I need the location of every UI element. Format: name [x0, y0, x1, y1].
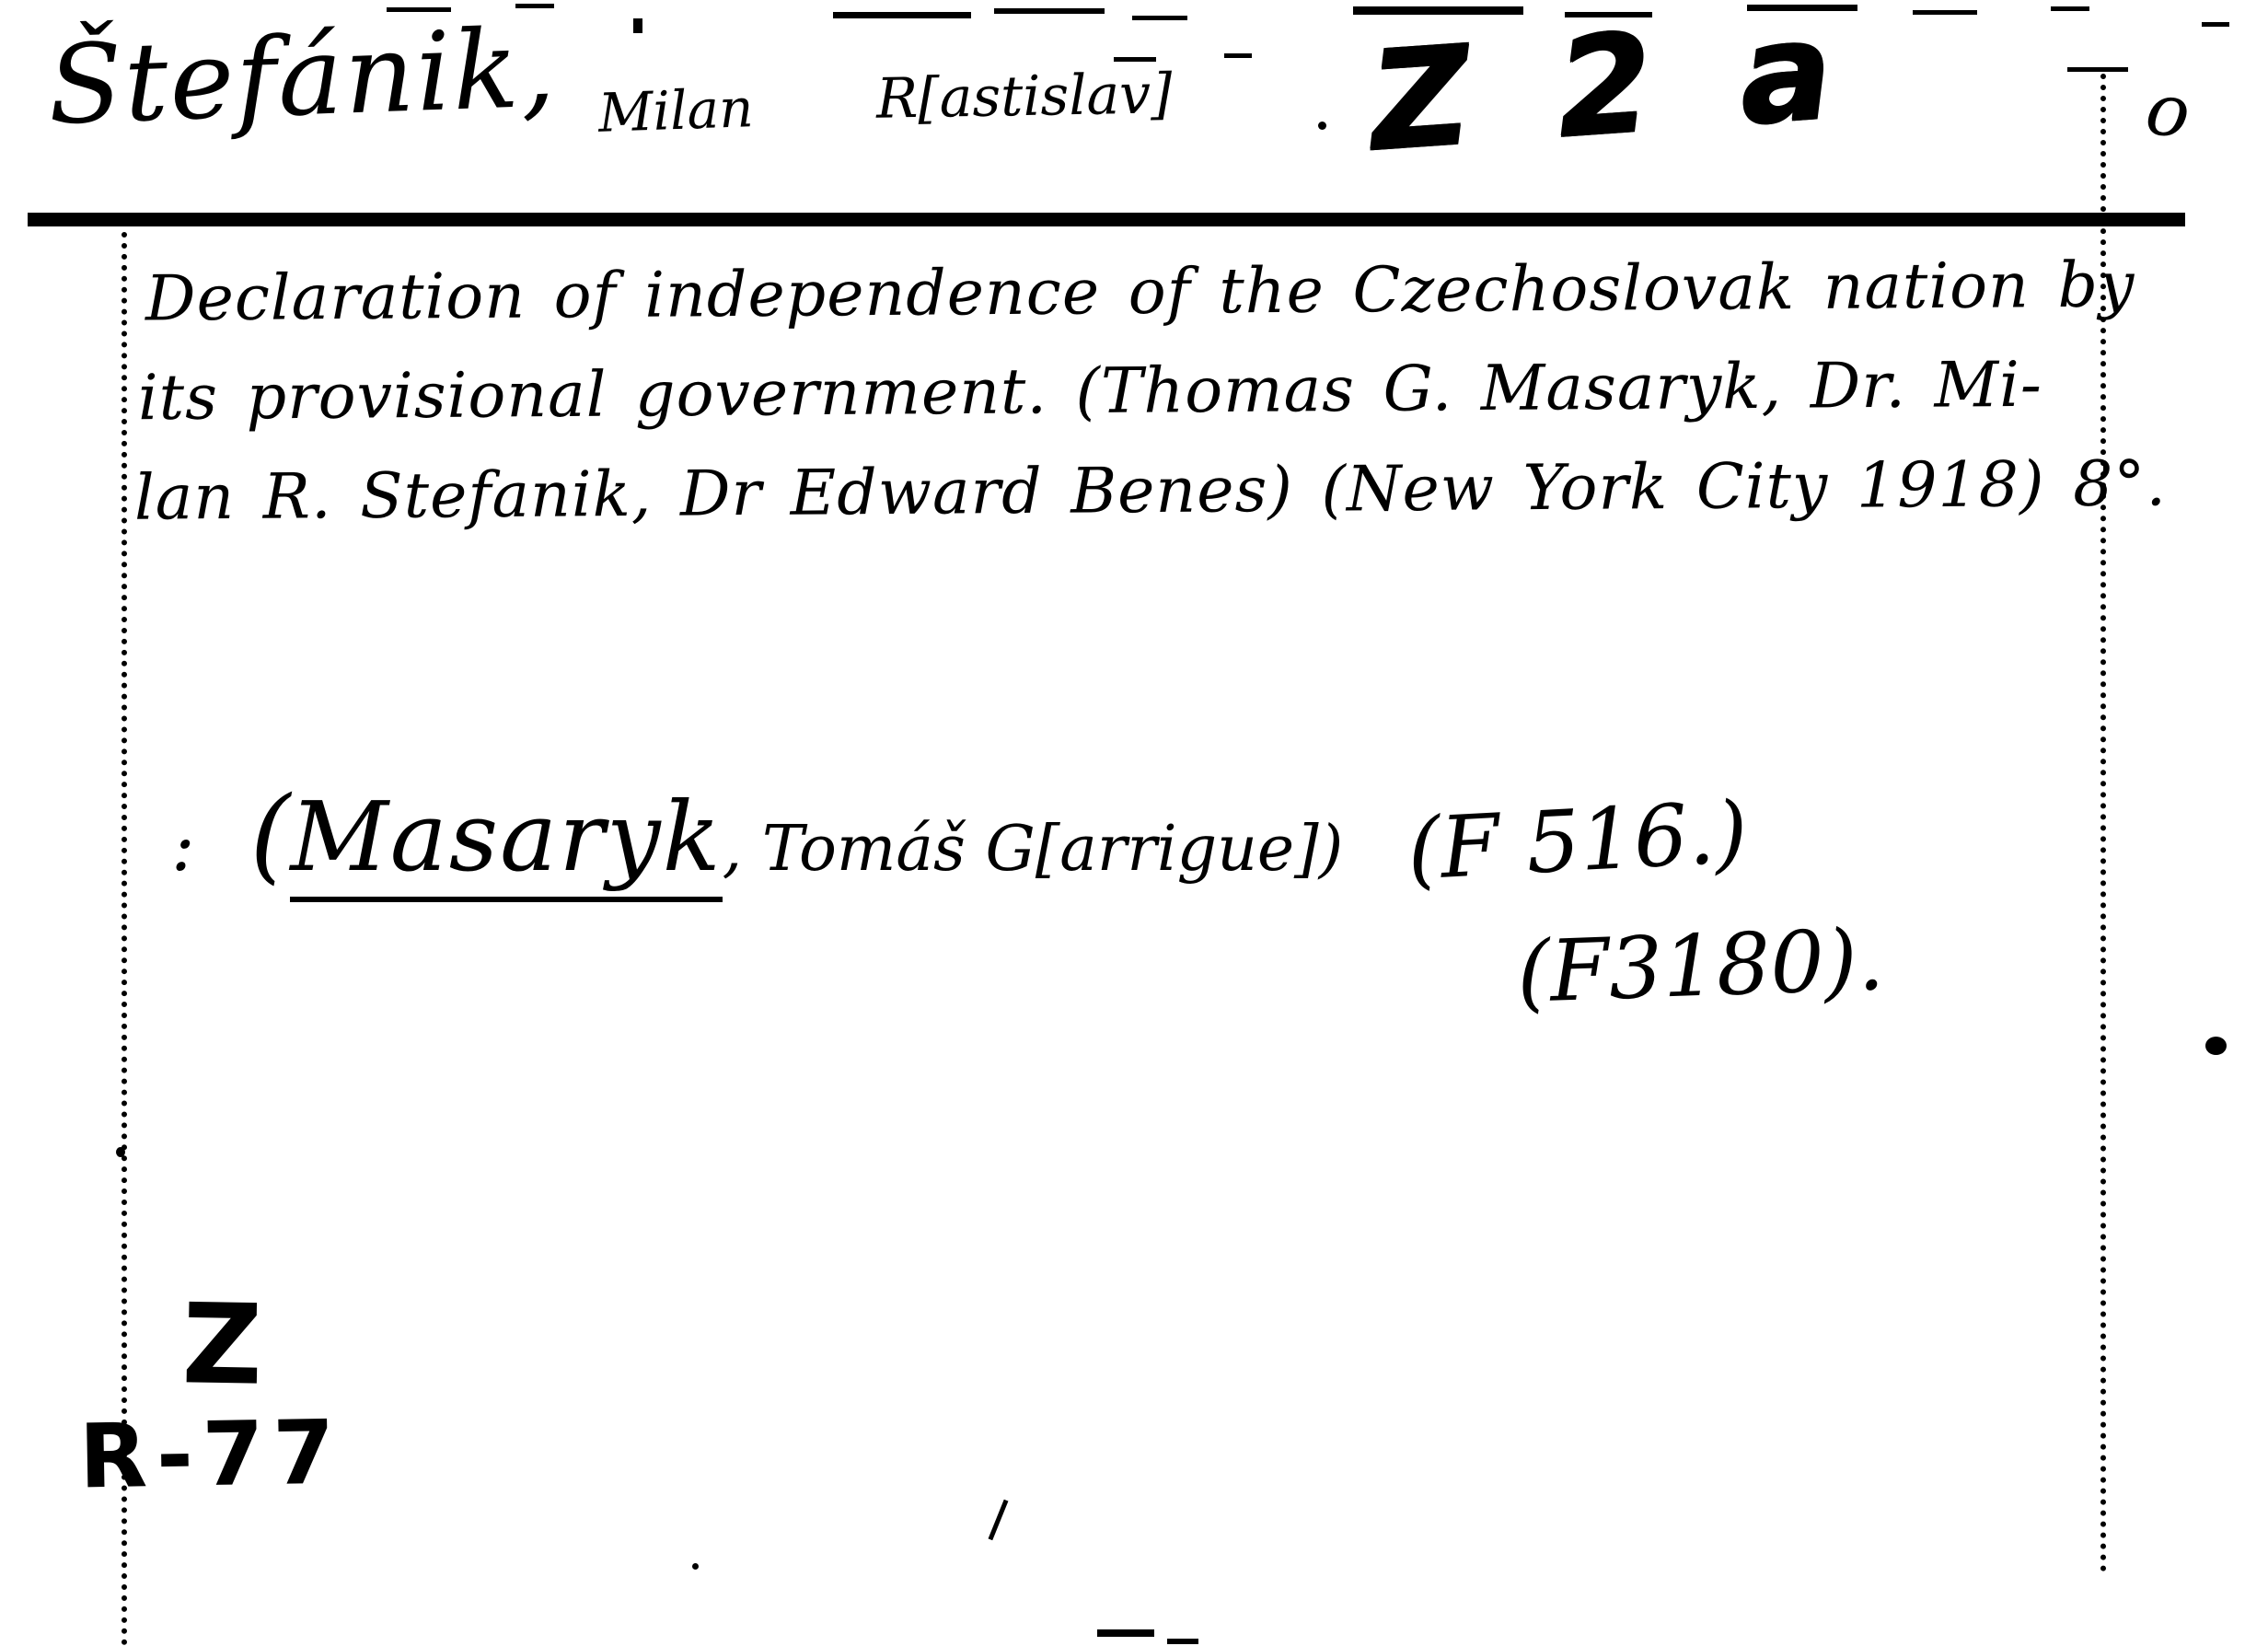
footer-class-letter: Z — [181, 1281, 263, 1409]
ink-dot — [2205, 1037, 2227, 1055]
body-text-line: lan R. Stefanik, Dr Edward Benes) (New Y… — [134, 447, 2168, 534]
catalog-card: Štefánik, Milan R[astislav] Z 2 a o Decl… — [0, 0, 2268, 1646]
reference-call-number-2: (F3180). — [1515, 910, 1885, 1022]
heading-forename-bracket: R[astislav] — [875, 62, 1173, 132]
reference-name-rest: , Tomáš G[arrigue]) — [723, 813, 1344, 886]
scan-noise-slash — [989, 1500, 1009, 1541]
scan-noise-dash — [633, 18, 642, 33]
scan-noise-dash — [1224, 53, 1252, 58]
header-rule — [28, 213, 2185, 226]
scan-noise-dash — [1167, 1639, 1198, 1644]
heading-forename: Milan — [597, 76, 755, 145]
scan-noise-dash — [2051, 6, 2089, 11]
cross-reference-line: :(Masaryk, Tomáš G[arrigue])(F 516.) — [171, 775, 1748, 895]
heading-surname: Štefánik, — [46, 4, 559, 148]
scan-noise-dash — [1114, 57, 1156, 62]
right-margin-tick — [2067, 67, 2128, 72]
scan-noise-speck — [1318, 122, 1326, 130]
scan-noise-dash — [2202, 22, 2229, 27]
body-text-line: its provisional government. (Thomas G. M… — [138, 349, 2042, 435]
scan-noise-dash — [1132, 16, 1187, 20]
corner-mark: o — [2141, 67, 2195, 156]
scan-noise-speck — [692, 1563, 699, 1570]
reference-name: Masaryk — [290, 781, 722, 902]
scan-noise-dash — [994, 8, 1105, 14]
reference-call-number-1: (F 516.) — [1406, 782, 1751, 898]
scan-noise-dash — [1913, 10, 1977, 15]
body-text-line: Declaration of independence of the Czech… — [145, 249, 2135, 335]
reference-colon: : — [171, 805, 195, 887]
scan-noise-dash — [1097, 1629, 1154, 1637]
scan-noise-speck — [116, 1147, 125, 1157]
reference-open-paren: ( — [250, 775, 291, 895]
footer-shelf-mark: R-77 — [78, 1401, 344, 1509]
classification-mark: Z 2 a — [1365, 0, 1857, 180]
scan-noise-dash — [833, 12, 971, 18]
